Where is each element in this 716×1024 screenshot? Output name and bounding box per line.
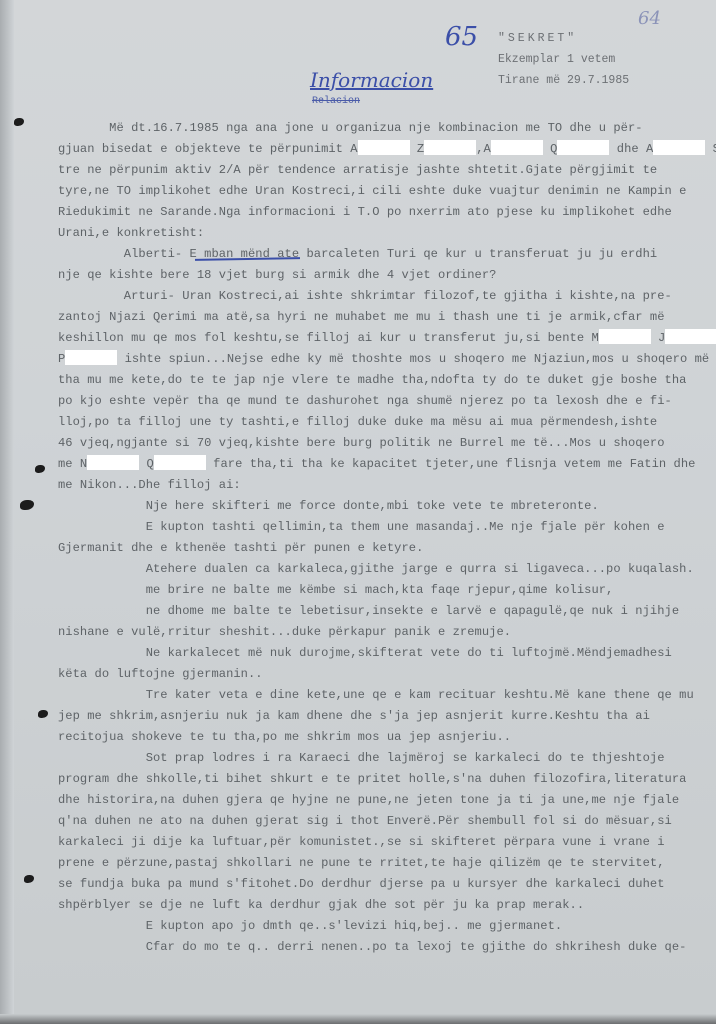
redaction-box bbox=[358, 140, 410, 155]
text-line: keshillon mu qe mos fol keshtu,se filloj… bbox=[58, 328, 716, 349]
text-line: lloj,po ta filloj une ty tashti,e filloj… bbox=[58, 412, 716, 433]
typewritten-body: Mё dt.16.7.1985 nga ana jone u organizua… bbox=[58, 118, 716, 958]
redaction-box bbox=[87, 455, 139, 470]
redaction-box bbox=[599, 329, 651, 344]
text-line: jep me shkrim,asnjeriu nuk ja kam dhene … bbox=[58, 706, 716, 727]
text-line: Sot prap lodres i ra Karaeci dhe lajmёro… bbox=[58, 748, 716, 769]
redaction-box bbox=[491, 140, 543, 155]
text-line: ne dhome me balte te lebetisur,insekte e… bbox=[58, 601, 716, 622]
text-line: recitojua shokeve te tu tha,po me shkrim… bbox=[58, 727, 716, 748]
punch-hole bbox=[35, 465, 45, 473]
text-line: gjuan bisedat e objekteve te pёrpunimit … bbox=[58, 139, 716, 160]
text-line: shpёrblyer se dje ne luft ka derdhur gja… bbox=[58, 895, 716, 916]
classification-label: "SEKRET" bbox=[498, 32, 577, 45]
text-line: Tre kater veta e dine kete,une qe e kam … bbox=[58, 685, 716, 706]
text-line: Cfar do mo te q.. derri nenen..po ta lex… bbox=[58, 937, 716, 958]
text-line: Atehere dualen ca karkaleca,gjithe jarge… bbox=[58, 559, 716, 580]
punch-hole bbox=[24, 875, 34, 883]
punch-hole bbox=[20, 500, 34, 510]
text-line: se fundja buka pa mund s'fitohet.Do derd… bbox=[58, 874, 716, 895]
text-line: nje qe kishte bere 18 vjet burg si armik… bbox=[58, 265, 716, 286]
text-line: Arturi- Uran Kostreci,ai ishte shkrimtar… bbox=[58, 286, 716, 307]
text-line: q'na duhen ne ato na duhen gjerat sig i … bbox=[58, 811, 716, 832]
redaction-box bbox=[665, 329, 716, 344]
redaction-box bbox=[65, 350, 117, 365]
text-line: P ishte spiun...Nejse edhe ky mё thoshte… bbox=[58, 349, 716, 370]
redaction-box bbox=[653, 140, 705, 155]
copies-label: Ekzemplar 1 vetem bbox=[498, 53, 615, 66]
redaction-box bbox=[557, 140, 609, 155]
text-line: Riedukimit ne Sarande.Nga informacioni i… bbox=[58, 202, 716, 223]
text-line: me N Q fare tha,ti tha ke kapacitet tjet… bbox=[58, 454, 716, 475]
punch-hole bbox=[14, 118, 24, 126]
text-line: E kupton tashti qellimin,ta them une mas… bbox=[58, 517, 716, 538]
document-page: 65 64 "SEKRET" Ekzemplar 1 vetem Tirane … bbox=[0, 0, 716, 1024]
text-line: Mё dt.16.7.1985 nga ana jone u organizua… bbox=[58, 118, 716, 139]
text-line: dhe historira,na duhen gjera qe hyjne ne… bbox=[58, 790, 716, 811]
text-line: po kjo eshte vepёr tha qe mund te dashur… bbox=[58, 391, 716, 412]
text-line: E kupton apo jo dmth qe..s'levizi hiq,be… bbox=[58, 916, 716, 937]
text-line: zantoj Njazi Qerimi ma atё,sa hyri ne mu… bbox=[58, 307, 716, 328]
text-line: Nje here skifteri me force donte,mbi tok… bbox=[58, 496, 716, 517]
handwritten-title: Informacion bbox=[310, 68, 433, 92]
text-line: kёta do luftojne gjermanin.. bbox=[58, 664, 716, 685]
redaction-box bbox=[424, 140, 476, 155]
text-line: Urani,e konkretisht: bbox=[58, 223, 716, 244]
text-line: prene e pёrzune,pastaj shkollari ne pune… bbox=[58, 853, 716, 874]
text-line: Gjermanit dhe e kthenёe tashti pёr punen… bbox=[58, 538, 716, 559]
redaction-box bbox=[154, 455, 206, 470]
text-line: Alberti- E mban mёnd ate barcaleten Turi… bbox=[58, 244, 716, 265]
text-line: karkaleci ji dije ka luftuar,pёr komunis… bbox=[58, 832, 716, 853]
text-line: tha mu me kete,do te te jap nje vlere te… bbox=[58, 370, 716, 391]
text-line: me Nikon...Dhe filloj ai: bbox=[58, 475, 716, 496]
place-date: Tirane mё 29.7.1985 bbox=[498, 74, 629, 87]
text-line: tre ne pёrpunim aktiv 2/A pёr tendence a… bbox=[58, 160, 716, 181]
text-line: program dhe shkolle,ti bihet shkurt e te… bbox=[58, 769, 716, 790]
punch-hole bbox=[38, 710, 48, 718]
text-line: Ne karkalecet mё nuk durojme,skifterat v… bbox=[58, 643, 716, 664]
text-line: tyre,ne TO implikohet edhe Uran Kostreci… bbox=[58, 181, 716, 202]
text-line: nishane e vulё,rritur sheshit...duke pёr… bbox=[58, 622, 716, 643]
text-line: 46 vjeq,ngjante si 70 vjeq,kishte bere b… bbox=[58, 433, 716, 454]
handwritten-corner-number: 64 bbox=[638, 8, 661, 29]
handwritten-page-number: 65 bbox=[445, 22, 478, 52]
struck-title: Relacion bbox=[312, 96, 360, 107]
text-line: me brire ne balte me kёmbe si mach,kta f… bbox=[58, 580, 716, 601]
